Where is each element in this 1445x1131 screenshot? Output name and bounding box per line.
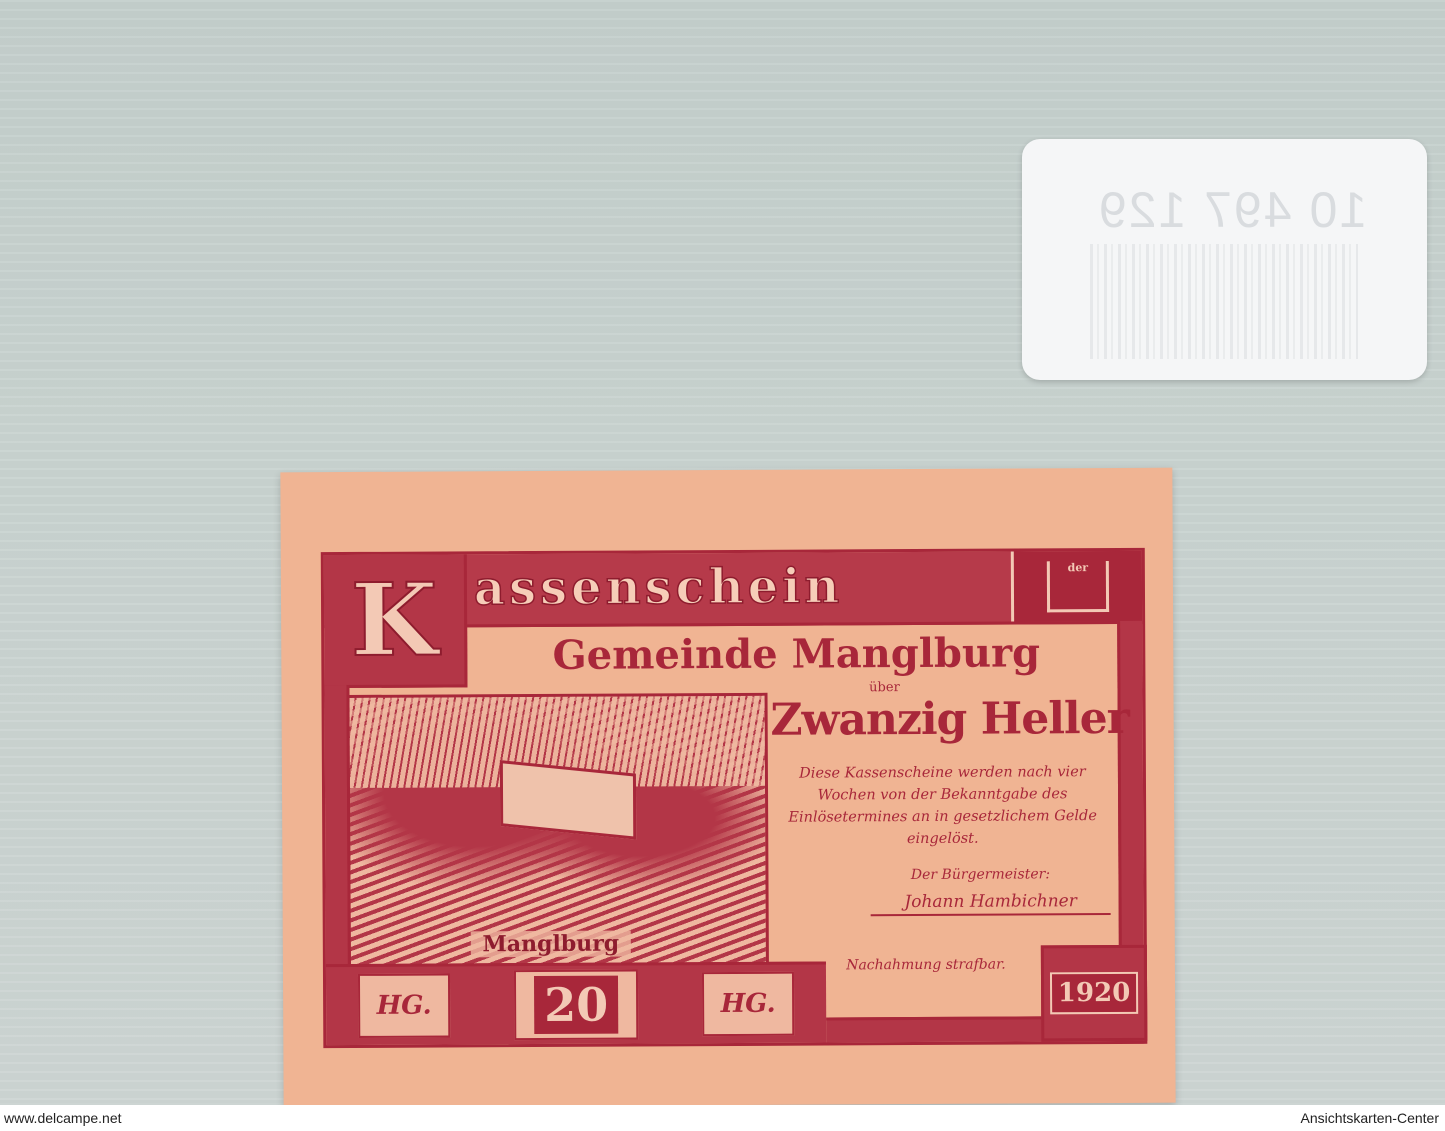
- label-number: 10 497 129: [1092, 181, 1372, 239]
- crest-text: der: [1068, 561, 1089, 574]
- legal-text: Diese Kassenscheine werden nach vier Woc…: [770, 761, 1115, 851]
- denomination-bar: HG. 20 HG.: [326, 961, 826, 1045]
- banknote-title: assenschein: [474, 558, 984, 617]
- monogram-left: HG.: [358, 973, 450, 1037]
- monogram-right: HG.: [702, 972, 794, 1036]
- signature: Johann Hambichner: [871, 891, 1111, 916]
- title-initial: K: [350, 561, 438, 679]
- right-ornament-border: [1117, 621, 1144, 981]
- official-title: Der Bürgermeister:: [865, 866, 1095, 883]
- watermark-footer: www.delcampe.net Ansichtskarten-Center: [0, 1105, 1445, 1131]
- title-initial-box: K: [324, 554, 468, 688]
- denomination-box: 20: [514, 969, 638, 1040]
- vignette-caption: Manglburg: [471, 931, 631, 958]
- banknote: assenschein der K Gemeinde Manglburg Man…: [280, 468, 1175, 1108]
- banknote-frame: assenschein der K Gemeinde Manglburg Man…: [321, 548, 1148, 1048]
- year-box: 1920: [1041, 945, 1148, 1042]
- denomination-value: 20: [534, 976, 618, 1034]
- issuer-name: Gemeinde Manglburg: [476, 629, 1116, 679]
- barcode-icon: [1090, 244, 1358, 359]
- counterfeit-warning: Nachahmung strafbar.: [811, 956, 1041, 973]
- crest-box: der: [1011, 551, 1142, 622]
- inventory-label: 10 497 129: [1022, 139, 1427, 380]
- amount-text: Zwanzig Heller: [770, 693, 1130, 746]
- footer-site-link[interactable]: www.delcampe.net: [4, 1110, 122, 1126]
- village-vignette: Manglburg: [347, 693, 769, 971]
- house-icon: [500, 760, 636, 840]
- footer-seller-name: Ansichtskarten-Center: [1300, 1110, 1439, 1126]
- crest-icon: der: [1047, 561, 1109, 612]
- year-value: 1920: [1050, 972, 1139, 1014]
